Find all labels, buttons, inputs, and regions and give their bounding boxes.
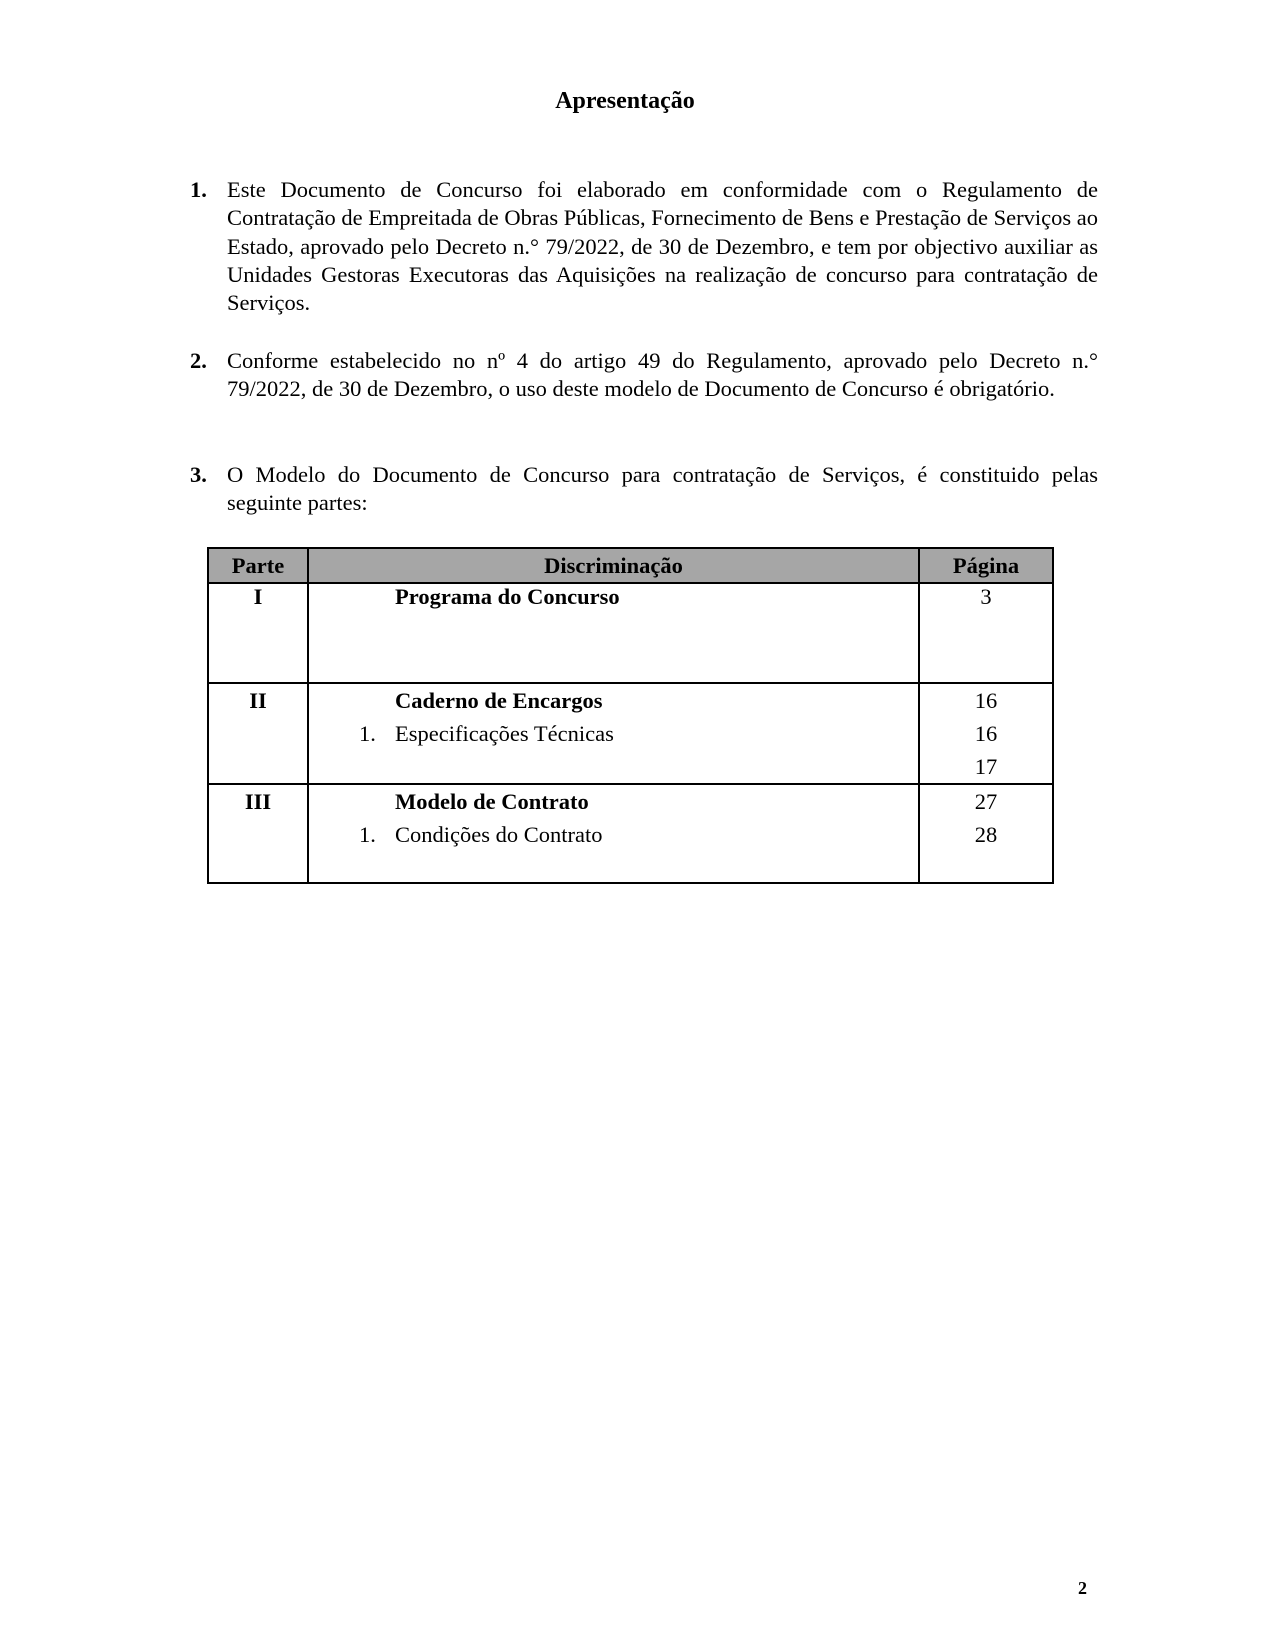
table-row: II Caderno de Encargos 1.Especificações …: [208, 683, 1053, 784]
cell-discriminacao: Modelo de Contrato 1.Condições do Contra…: [308, 784, 919, 883]
parts-table: Parte Discriminação Página I Programa do…: [207, 547, 1054, 884]
page-ref: 16: [920, 684, 1052, 717]
paragraph-number: 2.: [190, 347, 207, 375]
paragraph-number: 3.: [190, 461, 207, 489]
cell-parte: II: [208, 683, 308, 784]
subitem-title: Especificações Técnicas: [395, 721, 614, 746]
part-title: Caderno de Encargos: [309, 684, 918, 717]
part-subitem: 1.Condições do Contrato: [309, 818, 918, 851]
paragraph-text: O Modelo do Documento de Concurso para c…: [227, 461, 1098, 518]
page-ref: 27: [920, 785, 1052, 818]
paragraph-3: 3. O Modelo do Documento de Concurso par…: [190, 461, 1098, 518]
page-ref: 16: [920, 717, 1052, 750]
cell-pagina: 27 28: [919, 784, 1053, 883]
part-subitem: 1.Especificações Técnicas: [309, 717, 918, 750]
page-ref: 28: [920, 818, 1052, 851]
subitem-number: 1.: [359, 717, 395, 750]
cell-parte: I: [208, 583, 308, 683]
subitem-number: 1.: [359, 818, 395, 851]
cell-discriminacao: Programa do Concurso: [308, 583, 919, 683]
page-ref: 17: [920, 750, 1052, 783]
parte-label: III: [209, 785, 307, 818]
subitem-title: Condições do Contrato: [395, 822, 602, 847]
paragraph-text: Este Documento de Concurso foi elaborado…: [227, 176, 1098, 317]
cell-parte: III: [208, 784, 308, 883]
paragraph-2: 2. Conforme estabelecido no nº 4 do arti…: [190, 347, 1098, 404]
table-header-row: Parte Discriminação Página: [208, 548, 1053, 583]
parte-label: II: [209, 684, 307, 717]
cell-discriminacao: Caderno de Encargos 1.Especificações Téc…: [308, 683, 919, 784]
page-title: Apresentação: [0, 88, 1250, 115]
cell-pagina: 3: [919, 583, 1053, 683]
header-pagina: Página: [919, 548, 1053, 583]
paragraph-number: 1.: [190, 176, 207, 204]
table-row: III Modelo de Contrato 1.Condições do Co…: [208, 784, 1053, 883]
header-parte: Parte: [208, 548, 308, 583]
paragraph-1: 1. Este Documento de Concurso foi elabor…: [190, 176, 1098, 317]
part-title: Programa do Concurso: [309, 584, 918, 610]
page-number: 2: [1078, 1578, 1087, 1599]
cell-pagina: 16 16 17: [919, 683, 1053, 784]
paragraph-text: Conforme estabelecido no nº 4 do artigo …: [227, 347, 1098, 404]
header-discriminacao: Discriminação: [308, 548, 919, 583]
table-row: I Programa do Concurso 3: [208, 583, 1053, 683]
part-title: Modelo de Contrato: [309, 785, 918, 818]
